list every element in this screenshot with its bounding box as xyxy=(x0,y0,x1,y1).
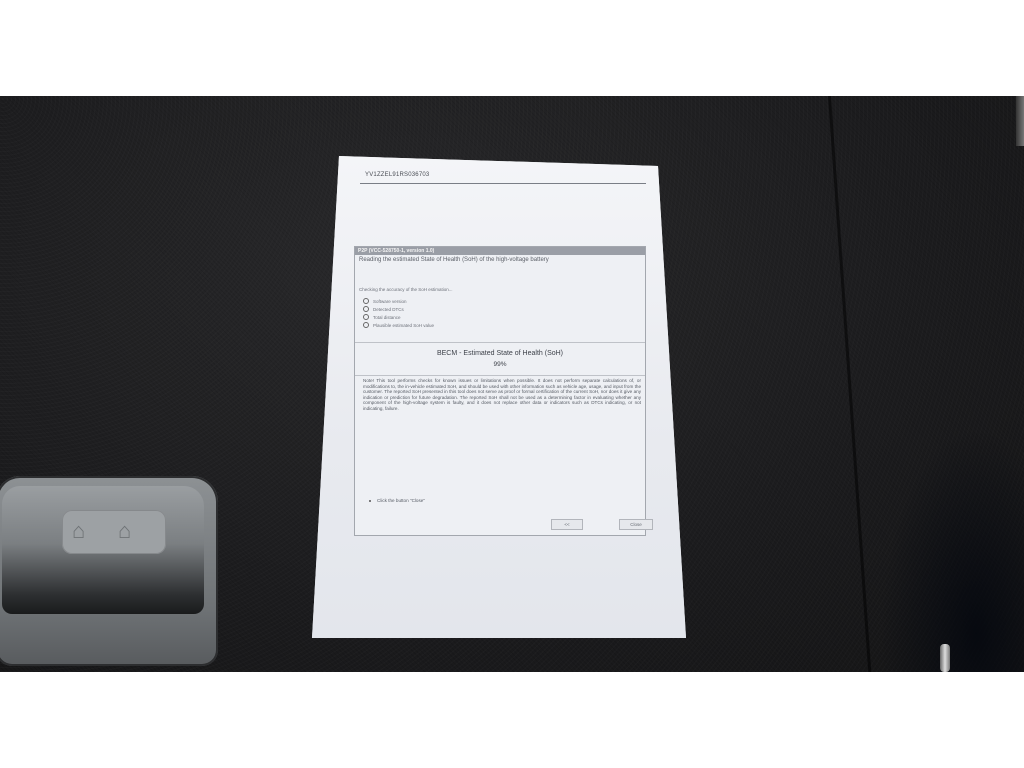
soh-title: BECM - Estimated State of Health (SoH) xyxy=(355,350,645,357)
seat-fold-label: ⌂ ⌂ xyxy=(62,510,166,554)
disclaimer-note: Note! This tool performs checks for know… xyxy=(363,378,641,412)
check-circle-icon xyxy=(363,322,369,328)
header-rule xyxy=(360,183,646,184)
photo-background: ⌂ ⌂ YV1ZZEL91RS036703 P2P (VCC-528750-1,… xyxy=(0,96,1024,672)
panel-title: Reading the estimated State of Health (S… xyxy=(355,255,645,265)
tray-recess: ⌂ ⌂ xyxy=(2,486,204,614)
seat-fold-icon: ⌂ xyxy=(72,518,85,544)
storage-tray: ⌂ ⌂ xyxy=(0,476,218,666)
check-item: Detected DTCs xyxy=(363,305,434,313)
metal-clip xyxy=(940,644,950,672)
check-item: Plausible estimated SoH value xyxy=(363,321,434,329)
panel-header: P2P (VCC-528750-1, version 1.0) xyxy=(355,247,645,255)
printed-report: YV1ZZEL91RS036703 P2P (VCC-528750-1, ver… xyxy=(312,156,686,638)
back-button[interactable]: << xyxy=(551,519,583,530)
close-button[interactable]: Close xyxy=(619,519,653,530)
shadow xyxy=(880,426,1024,672)
check-circle-icon xyxy=(363,314,369,320)
bullet-icon xyxy=(369,500,371,502)
soh-value: 99% xyxy=(355,361,645,368)
check-item: Software version xyxy=(363,297,434,305)
check-item: Total distance xyxy=(363,313,434,321)
trim-edge xyxy=(1016,96,1024,146)
diagnostic-panel: P2P (VCC-528750-1, version 1.0) Reading … xyxy=(354,246,646,536)
check-intro: Checking the accuracy of the SoH estimat… xyxy=(359,287,453,292)
instruction: Click the button "Close" xyxy=(369,498,425,503)
soh-result: BECM - Estimated State of Health (SoH) 9… xyxy=(355,342,645,376)
check-circle-icon xyxy=(363,298,369,304)
vin-number: YV1ZZEL91RS036703 xyxy=(365,172,429,178)
check-list: Software version Detected DTCs Total dis… xyxy=(363,297,434,329)
seat-fold-icon: ⌂ xyxy=(118,518,131,544)
check-circle-icon xyxy=(363,306,369,312)
